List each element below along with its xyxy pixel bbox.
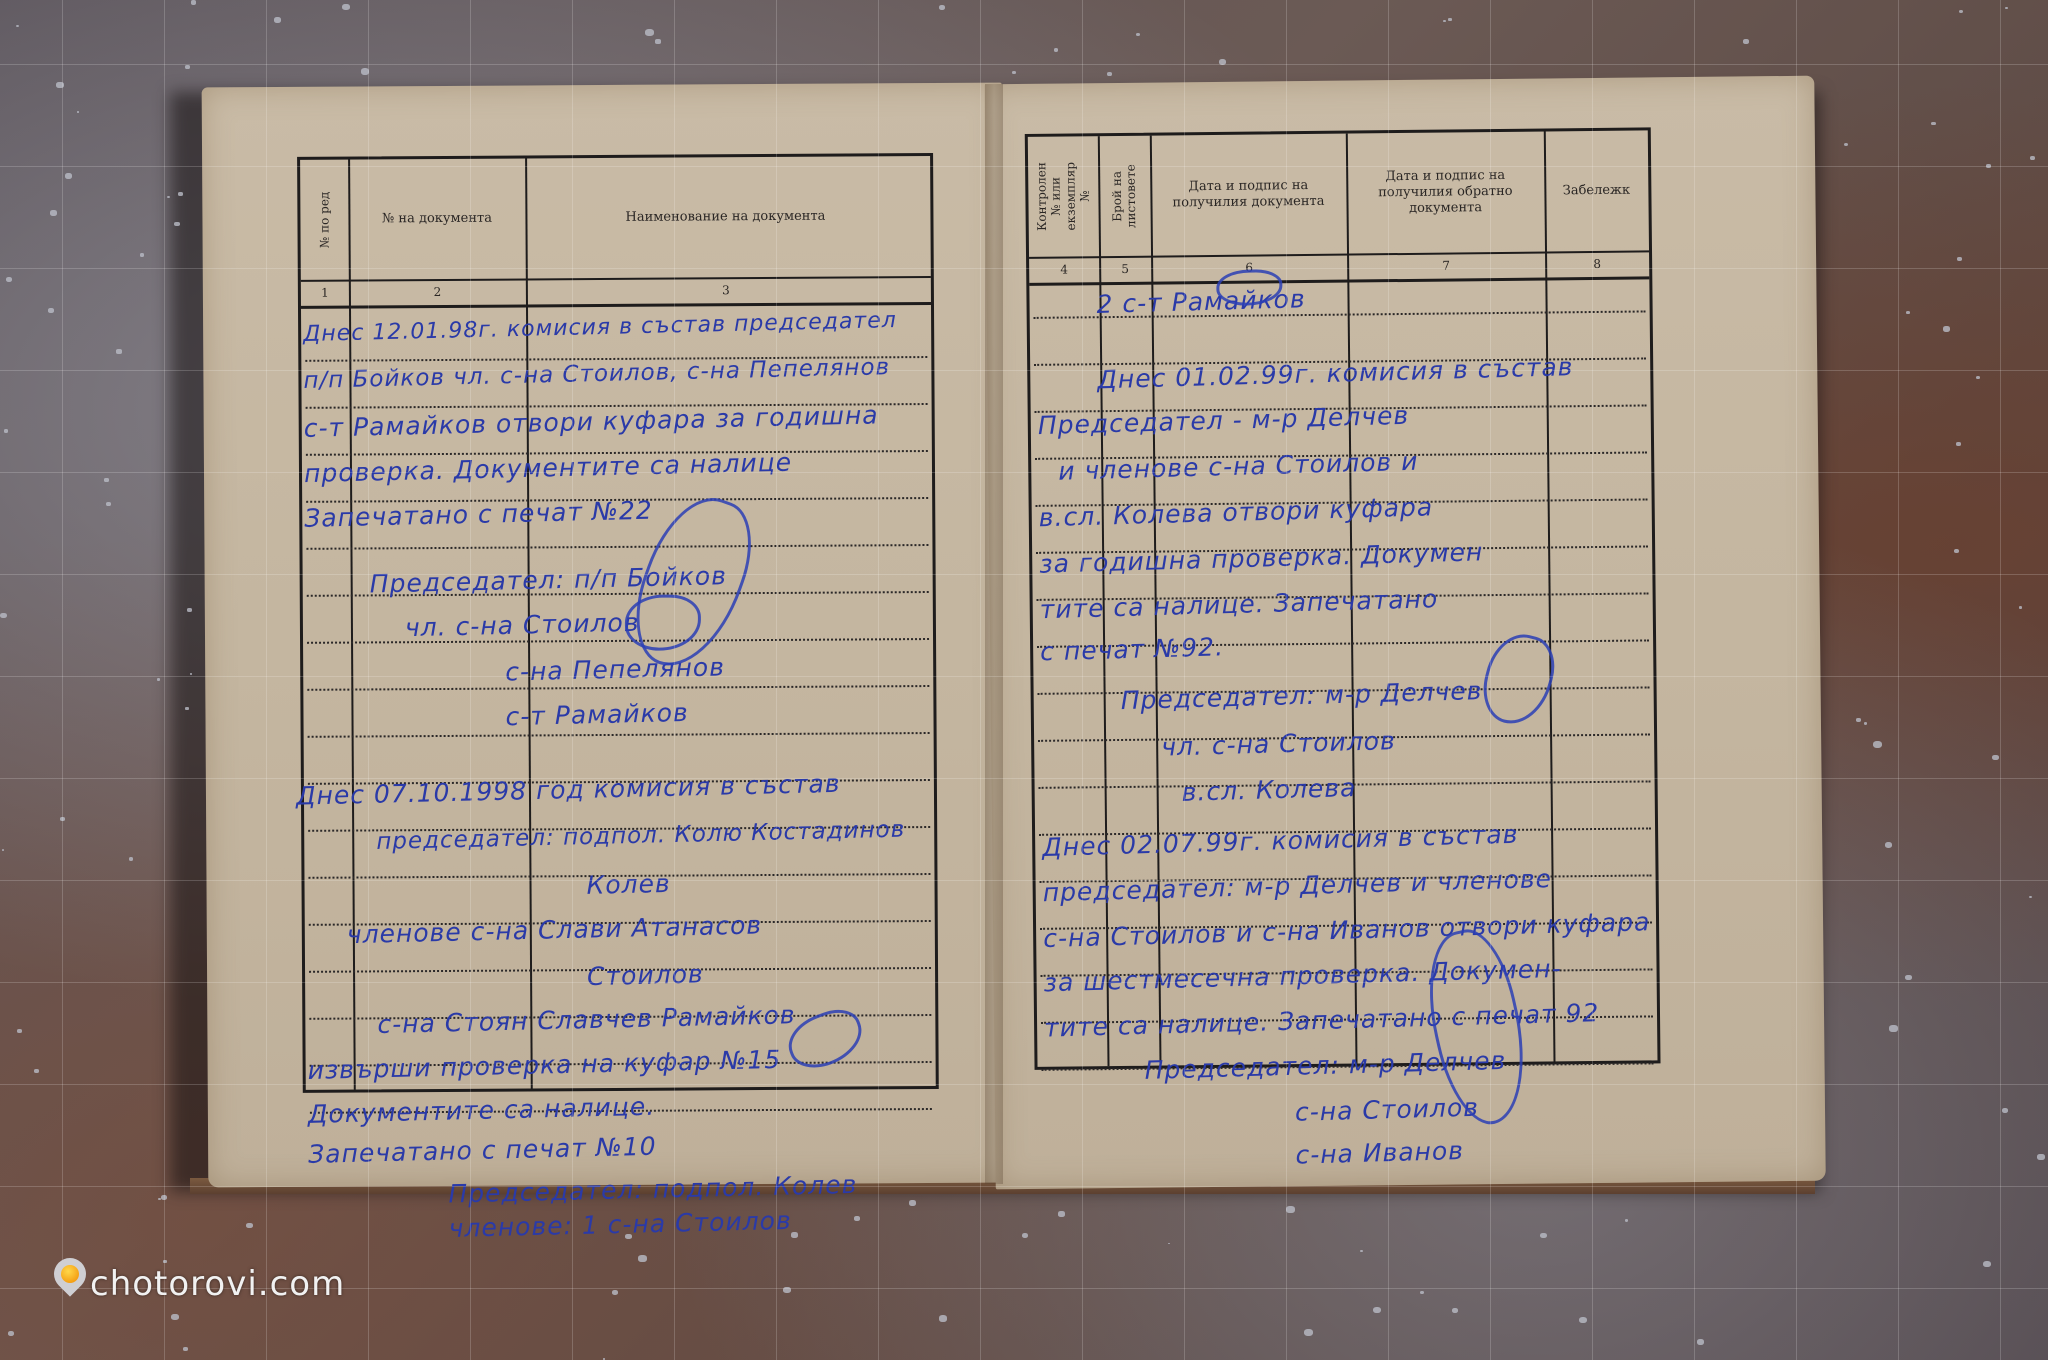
column-number: 5 <box>1099 256 1151 283</box>
header-sheet-count: Брой на листовете <box>1098 136 1151 257</box>
header-received-date-signature: Дата и подпис на получилия документа <box>1150 134 1347 256</box>
column-number: 2 <box>349 278 526 305</box>
left-page: № по ред № на документа Наименование на … <box>202 83 1009 1188</box>
right-page: Контролен № или екземпляр № Брой на лист… <box>984 76 1826 1190</box>
header-document-name: Наименование на документа <box>525 156 926 278</box>
column-number: 4 <box>1029 256 1099 283</box>
header-document-number: № на документа <box>348 158 526 279</box>
watermark: chotorovi.com <box>52 1258 345 1304</box>
header-row-number: № по ред <box>300 160 349 280</box>
header-notes: Забележк <box>1544 130 1649 251</box>
column-number: 1 <box>301 280 349 306</box>
watermark-text: chotorovi.com <box>90 1264 345 1304</box>
map-pin-icon <box>52 1258 88 1304</box>
handwritten-line: Документите са налице. <box>308 1092 656 1129</box>
handwritten-line: с-т Рамайков <box>505 698 689 731</box>
header-control-number: Контролен № или екземпляр № <box>1028 136 1099 257</box>
handwritten-line: членове: 1 с-на Стоилов <box>448 1206 792 1243</box>
handwritten-line: с-на Иванов <box>1295 1136 1464 1170</box>
header-returned-date-signature: Дата и подпис на получилия обратно докум… <box>1346 132 1545 254</box>
column-number: 7 <box>1347 252 1545 280</box>
handwritten-line: Стоилов <box>587 959 704 991</box>
handwritten-line: Колев <box>586 869 671 900</box>
handwritten-line: чл. с-на Стоилов <box>405 608 640 643</box>
handwritten-line: Председател: подпол. Колев <box>448 1170 858 1209</box>
left-handwriting: Днес 12.01.98г. комисия в състав председ… <box>202 83 1002 88</box>
handwritten-line: с печат №92. <box>1040 632 1225 666</box>
handwritten-line: с-на Стоилов <box>1295 1093 1480 1127</box>
handwritten-line: в.сл. Колева <box>1181 773 1357 807</box>
handwritten-line: Запечатано с печат №10 <box>308 1132 657 1169</box>
column-number: 3 <box>526 276 926 304</box>
column-number: 8 <box>1545 250 1649 277</box>
right-handwriting: 2 с-т РамайковДнес 01.02.99г. комисия в … <box>984 76 1814 85</box>
book-spine <box>985 84 1003 1184</box>
